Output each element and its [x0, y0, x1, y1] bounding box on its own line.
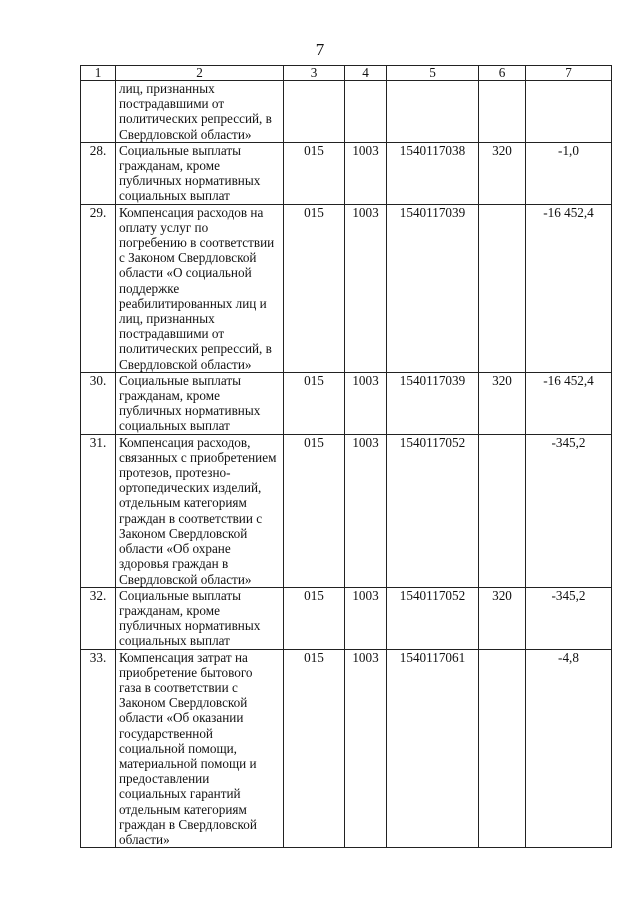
- code-admin: 015: [284, 372, 345, 434]
- column-header: 1: [81, 66, 116, 81]
- code-admin: 015: [284, 204, 345, 372]
- code-target: 1540117052: [387, 587, 479, 649]
- row-description: Социальные выплаты гражданам, кроме публ…: [116, 372, 284, 434]
- table-row: 30.Социальные выплаты гражданам, кроме п…: [81, 372, 612, 434]
- code-target: 1540117038: [387, 142, 479, 204]
- row-description: Компенсация расходов, связанных с приобр…: [116, 434, 284, 587]
- row-number: 28.: [81, 142, 116, 204]
- page-number: 7: [0, 40, 640, 60]
- code-expense-type: [479, 204, 526, 372]
- code-admin: 015: [284, 649, 345, 848]
- row-description: Компенсация затрат на приобретение бытов…: [116, 649, 284, 848]
- row-number: 29.: [81, 204, 116, 372]
- amount: -345,2: [526, 587, 612, 649]
- table-row: лиц, признанных пострадавшими от политич…: [81, 81, 612, 143]
- table-row: 28.Социальные выплаты гражданам, кроме п…: [81, 142, 612, 204]
- amount: -4,8: [526, 649, 612, 848]
- table-row: 32.Социальные выплаты гражданам, кроме п…: [81, 587, 612, 649]
- code-admin: [284, 81, 345, 143]
- code-section: 1003: [345, 142, 387, 204]
- table-header-row: 1 2 3 4 5 6 7: [81, 66, 612, 81]
- table-row: 31.Компенсация расходов, связанных с при…: [81, 434, 612, 587]
- row-number: 30.: [81, 372, 116, 434]
- code-expense-type: [479, 649, 526, 848]
- code-target: 1540117039: [387, 204, 479, 372]
- code-expense-type: [479, 434, 526, 587]
- code-admin: 015: [284, 142, 345, 204]
- code-admin: 015: [284, 434, 345, 587]
- row-description: Социальные выплаты гражданам, кроме публ…: [116, 587, 284, 649]
- code-section: 1003: [345, 434, 387, 587]
- table-row: 29.Компенсация расходов на оплату услуг …: [81, 204, 612, 372]
- code-section: 1003: [345, 204, 387, 372]
- code-section: 1003: [345, 649, 387, 848]
- code-target: 1540117052: [387, 434, 479, 587]
- row-description: Социальные выплаты гражданам, кроме публ…: [116, 142, 284, 204]
- column-header: 5: [387, 66, 479, 81]
- code-section: 1003: [345, 587, 387, 649]
- column-header: 2: [116, 66, 284, 81]
- row-description: Компенсация расходов на оплату услуг по …: [116, 204, 284, 372]
- code-expense-type: [479, 81, 526, 143]
- code-target: 1540117061: [387, 649, 479, 848]
- code-section: [345, 81, 387, 143]
- code-section: 1003: [345, 372, 387, 434]
- row-description: лиц, признанных пострадавшими от политич…: [116, 81, 284, 143]
- amount: [526, 81, 612, 143]
- column-header: 4: [345, 66, 387, 81]
- row-number: [81, 81, 116, 143]
- column-header: 3: [284, 66, 345, 81]
- row-number: 32.: [81, 587, 116, 649]
- code-expense-type: 320: [479, 587, 526, 649]
- code-target: [387, 81, 479, 143]
- column-header: 7: [526, 66, 612, 81]
- row-number: 33.: [81, 649, 116, 848]
- code-expense-type: 320: [479, 142, 526, 204]
- column-header: 6: [479, 66, 526, 81]
- amount: -1,0: [526, 142, 612, 204]
- table-row: 33.Компенсация затрат на приобретение бы…: [81, 649, 612, 848]
- code-target: 1540117039: [387, 372, 479, 434]
- amount: -16 452,4: [526, 372, 612, 434]
- code-admin: 015: [284, 587, 345, 649]
- row-number: 31.: [81, 434, 116, 587]
- code-expense-type: 320: [479, 372, 526, 434]
- amount: -16 452,4: [526, 204, 612, 372]
- budget-table: 1 2 3 4 5 6 7 лиц, признанных пострадавш…: [80, 65, 612, 848]
- amount: -345,2: [526, 434, 612, 587]
